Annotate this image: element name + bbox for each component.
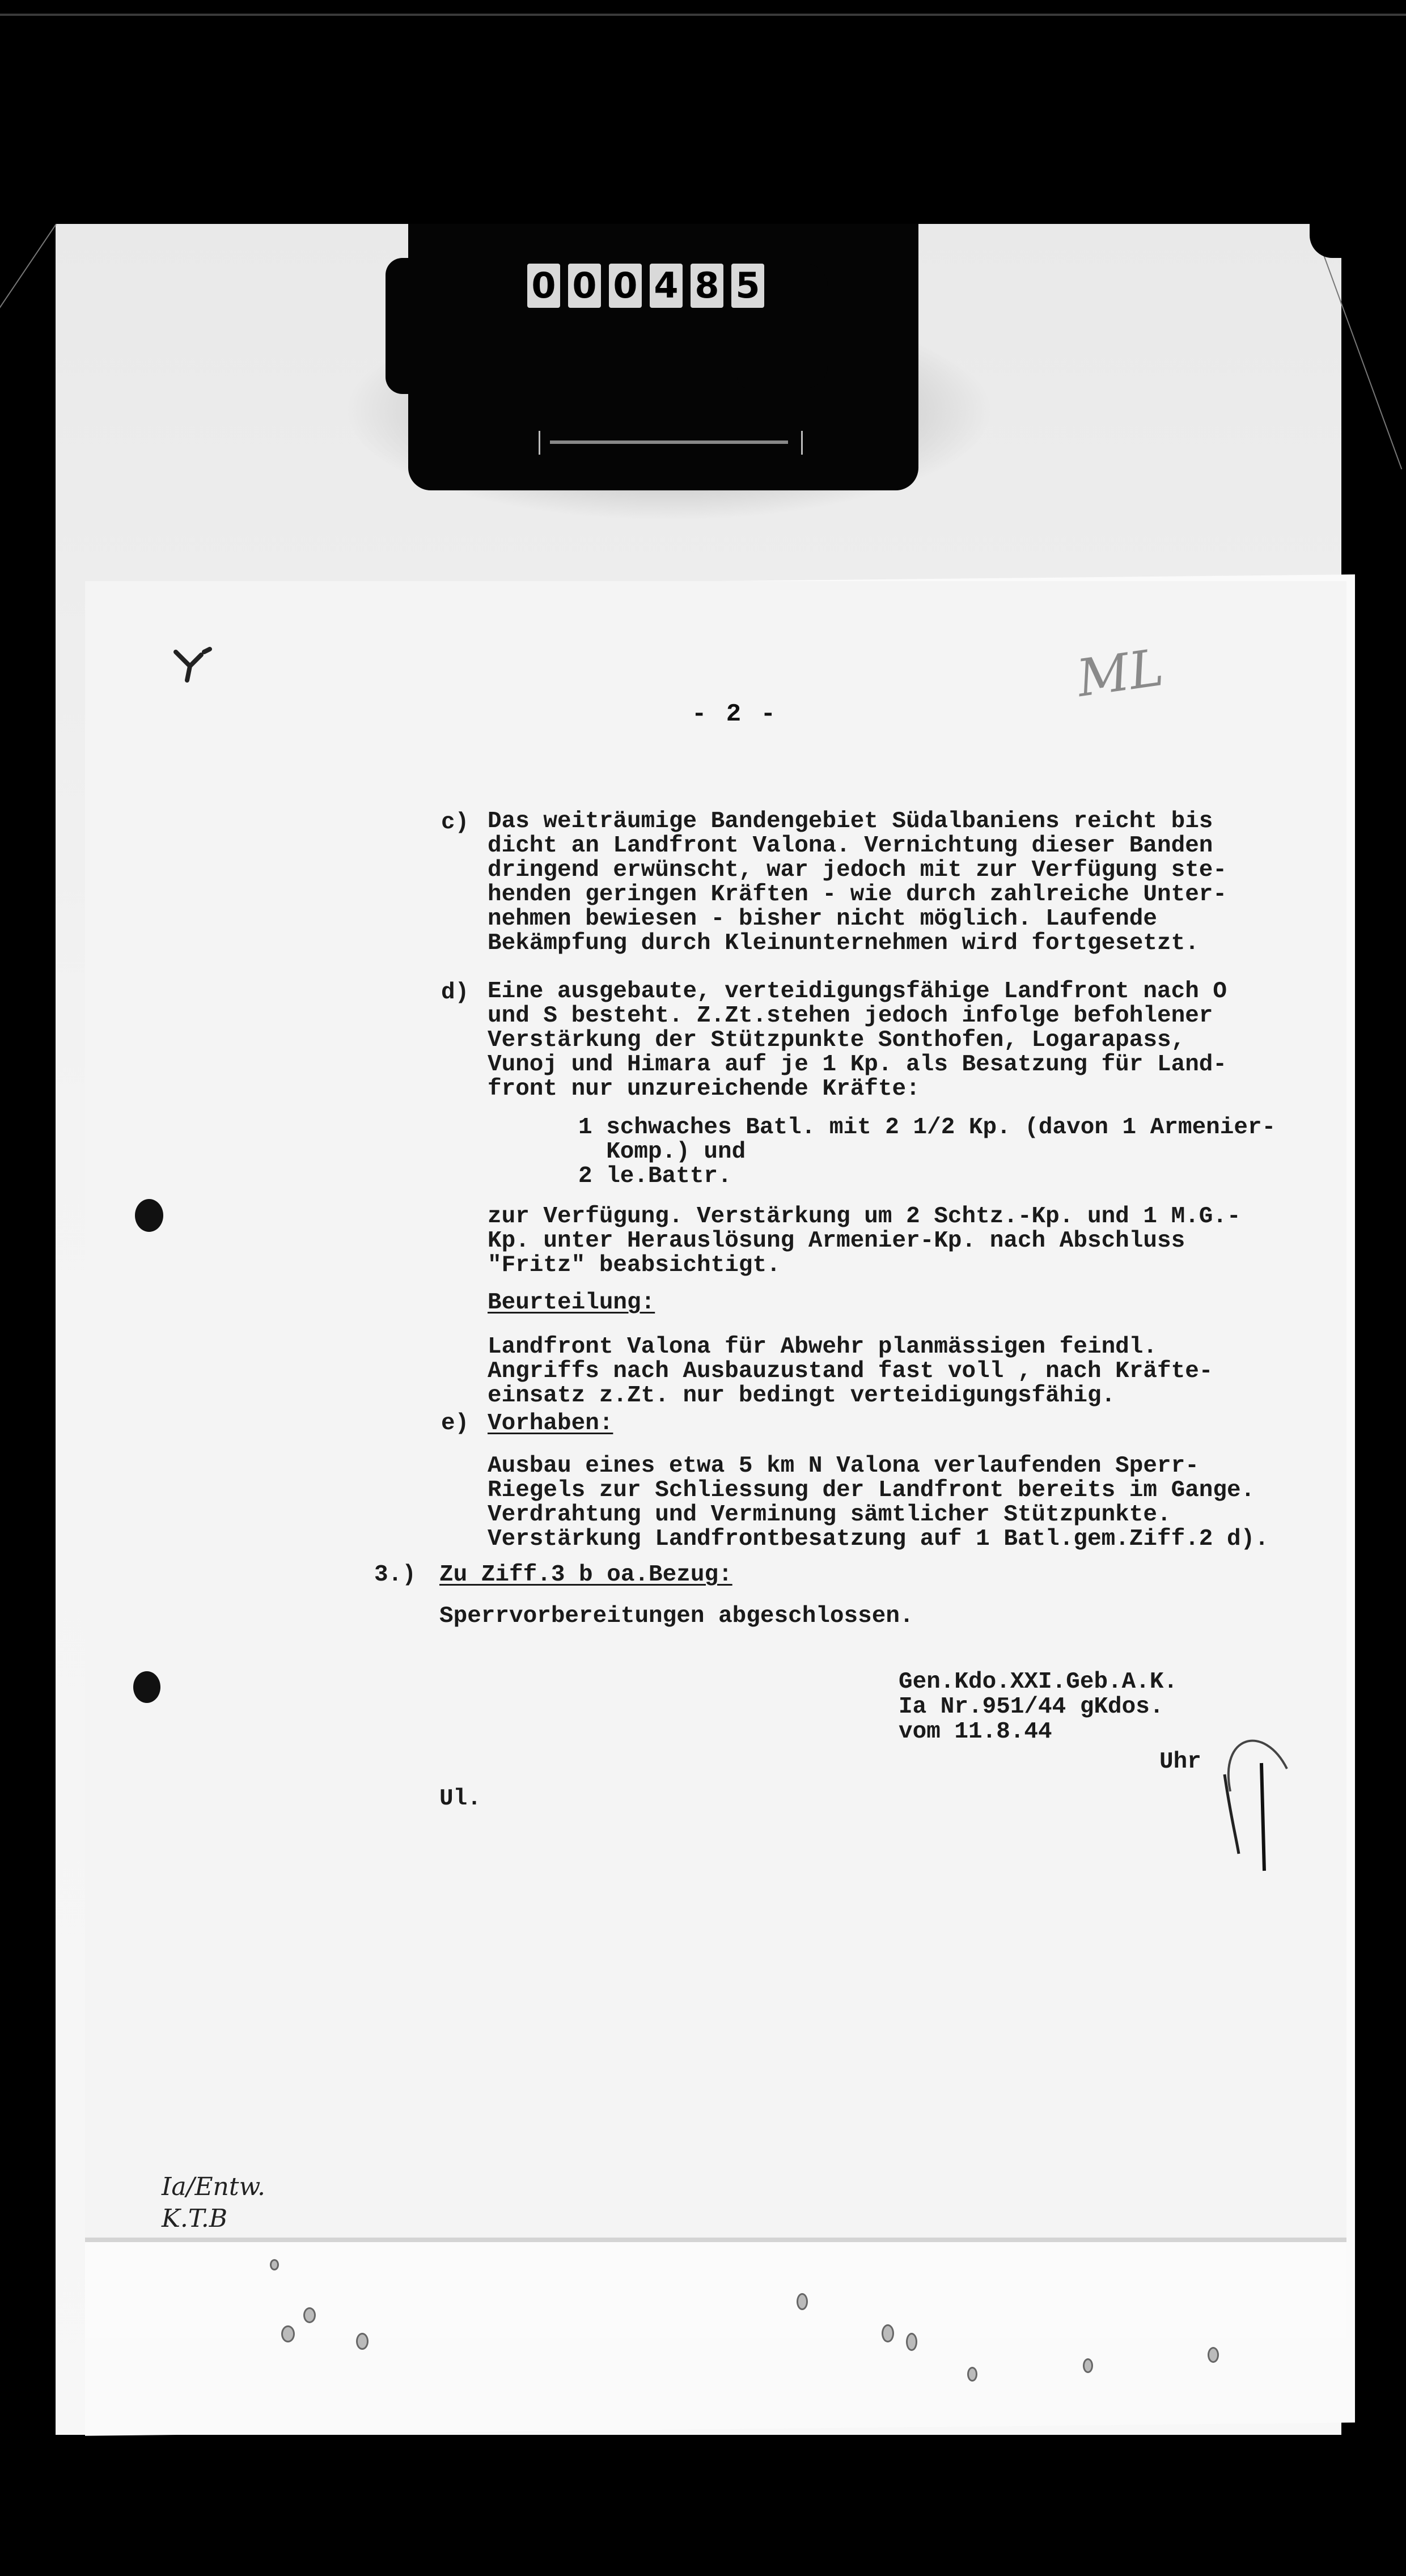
sig-line-reference: Ia Nr.951/44 gKdos. <box>899 1694 1163 1720</box>
forces-list: 1 schwaches Batl. mit 2 1/2 Kp. (davon 1… <box>578 1116 1276 1189</box>
dust-spot <box>882 2324 894 2342</box>
closing-ul: Ul. <box>439 1786 481 1812</box>
dust-spot <box>1208 2347 1219 2363</box>
dust-spot <box>797 2293 808 2310</box>
frame-counter: 0 0 0 4 8 5 <box>386 224 952 490</box>
plans-heading: Vorhaben: <box>488 1410 613 1437</box>
dust-spot <box>1083 2358 1093 2373</box>
assessment-heading: Beurteilung: <box>488 1290 655 1316</box>
counter-digit: 5 <box>731 264 764 308</box>
dust-spot <box>356 2333 369 2350</box>
sig-line-unit: Gen.Kdo.XXI.Geb.A.K. <box>899 1669 1178 1695</box>
item-3-heading: Zu Ziff.3 b oa.Bezug: <box>439 1562 732 1588</box>
page-number: - 2 - <box>692 700 778 728</box>
dust-spot <box>270 2259 279 2270</box>
sig-line-date: vom 11.8.44 <box>899 1719 1052 1745</box>
section-marker-d: d) <box>441 980 469 1006</box>
signature-block: Gen.Kdo.XXI.Geb.A.K. Ia Nr.951/44 gKdos.… <box>899 1670 1178 1744</box>
section-marker-e: e) <box>441 1410 469 1437</box>
scan-border-line <box>0 14 1406 16</box>
punch-hole-mark <box>133 1671 160 1703</box>
fold-line-left <box>0 224 57 347</box>
section-c-text: Das weiträumige Bandengebiet Südalbanien… <box>488 810 1227 956</box>
counter-digit: 0 <box>527 264 560 308</box>
handwritten-signature <box>1196 1712 1298 1882</box>
assessment-text: Landfront Valona für Abwehr planmässigen… <box>488 1335 1213 1408</box>
handwritten-initials-top: ML <box>1075 652 1165 696</box>
ink-mark-top-left <box>170 641 215 686</box>
fold-line-right <box>1312 224 1402 469</box>
uhr-label: Uhr <box>1159 1749 1201 1775</box>
punch-hole-mark <box>135 1199 163 1232</box>
counter-digit: 8 <box>691 264 723 308</box>
dust-spot <box>967 2367 977 2382</box>
plans-text: Ausbau eines etwa 5 km N Valona verlaufe… <box>488 1454 1269 1552</box>
section-d-text: Eine ausgebaute, verteidigungsfähige Lan… <box>488 980 1227 1101</box>
counter-digits: 0 0 0 4 8 5 <box>527 264 764 308</box>
item-3-text: Sperrvorbereitungen abgeschlossen. <box>439 1604 914 1629</box>
counter-digit: 4 <box>650 264 683 308</box>
section-d-continued: zur Verfügung. Verstärkung um 2 Schtz.-K… <box>488 1205 1241 1278</box>
counter-digit: 0 <box>568 264 601 308</box>
counter-slot-line <box>550 440 788 444</box>
handwritten-note-bottom: Ia/Entw. K.T.B <box>162 2171 265 2235</box>
counter-digit: 0 <box>609 264 642 308</box>
dust-spot <box>906 2333 917 2351</box>
item-3-marker: 3.) <box>374 1562 416 1588</box>
dust-spot <box>303 2307 316 2323</box>
dust-spot <box>281 2325 295 2342</box>
page-bottom-band <box>85 2238 1346 2338</box>
section-marker-c: c) <box>441 810 469 836</box>
